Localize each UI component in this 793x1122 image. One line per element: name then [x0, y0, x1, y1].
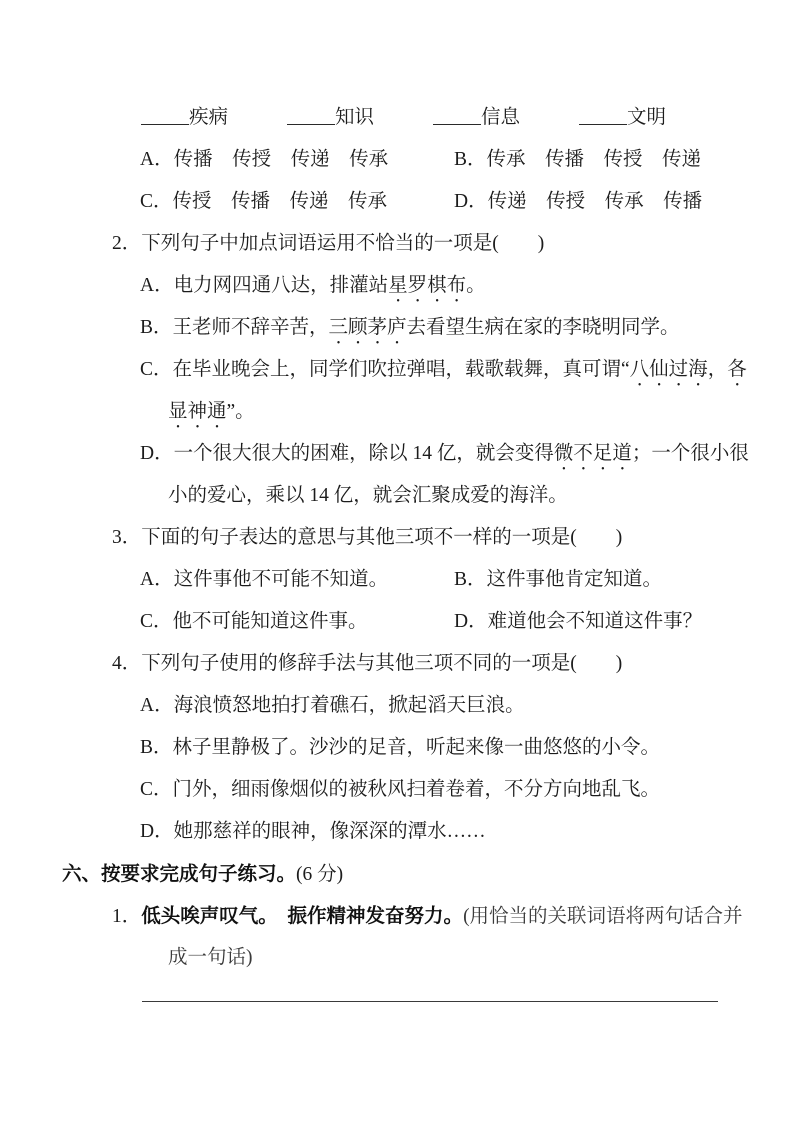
answer-blank-line — [142, 989, 718, 1002]
q1-options-row-ab: A．传播 传授 传递 传承B．传承 传播 传授 传递 — [140, 139, 793, 181]
text-segment: 小的爱心，乘以 14 亿，就会汇聚成爱的海洋。 — [168, 485, 568, 506]
text-segment: 显神通 — [168, 401, 227, 422]
text-segment: (6 分) — [296, 864, 343, 885]
fill-blank-pair: 文明 — [579, 97, 666, 139]
section6-q1-line1: 1．低头唉声叹气。 振作精神发奋努力。(用恰当的关联词语将两句话合并 — [112, 895, 793, 937]
fill-blank-pair: 疾病 — [141, 97, 228, 139]
text-segment: 六、按要求完成句子练习。 — [62, 863, 296, 885]
q3-options-row-cd: C．他不可能知道这件事。D．难道他会不知道这件事？ — [140, 601, 793, 643]
q4-option-a: A．海浪愤怒地拍打着礁石，掀起滔天巨浪。 — [140, 685, 793, 727]
blank-word: 疾病 — [189, 107, 228, 128]
text-segment: 八仙过海 — [630, 359, 708, 380]
text-segment: D．一个很大很大的困难，除以 14 亿，就会变得 — [140, 443, 554, 464]
text-segment: 成一句话) — [168, 947, 253, 968]
q1-option-d: D．传递 传授 传承 传播 — [454, 191, 702, 212]
q3-option-b: B．这件事他肯定知道。 — [454, 569, 662, 590]
blank-word: 信息 — [481, 107, 520, 128]
text-segment: A．电力网四通八达，排灌站 — [140, 275, 388, 296]
text-segment: ， — [708, 359, 728, 380]
q1-option-b: B．传承 传播 传授 传递 — [454, 149, 701, 170]
fill-blank-pair: 信息 — [433, 97, 520, 139]
blank-underline — [287, 104, 335, 125]
text-segment: 振作精神发奋努力。 — [288, 905, 464, 927]
text-segment: ；一个很小很 — [632, 443, 749, 464]
q1-option-a: A．传播 传授 传递 传承 — [140, 139, 454, 181]
q3-option-d: D．难道他会不知道这件事？ — [454, 611, 702, 632]
text-segment: (用恰当的关联词语将两句话合并 — [463, 906, 743, 927]
text-segment: 。 — [466, 275, 486, 296]
text-segment: 低头唉声叹气。 — [141, 905, 268, 927]
blank-word: 知识 — [335, 107, 374, 128]
text-segment: 三顾茅庐 — [329, 317, 407, 338]
text-segment: 星罗棋布 — [388, 275, 466, 296]
text-segment: 各 — [727, 359, 747, 380]
q3-stem: 3．下面的句子表达的意思与其他三项不一样的一项是( ) — [112, 517, 793, 559]
q3-option-a: A．这件事他不可能不知道。 — [140, 559, 454, 601]
blank-underline — [433, 104, 481, 125]
q1-options-row-cd: C．传授 传播 传递 传承D．传递 传授 传承 传播 — [140, 181, 793, 223]
q4-stem: 4．下列句子使用的修辞手法与其他三项不同的一项是( ) — [112, 643, 793, 685]
exam-paper-page: 疾病知识信息文明 A．传播 传授 传递 传承B．传承 传播 传授 传递 C．传授… — [0, 0, 793, 1122]
text-segment: 1． — [112, 906, 141, 927]
text-segment: C．在毕业晚会上，同学们吹拉弹唱，载歌载舞，真可谓“ — [140, 359, 630, 380]
q2-option-a: A．电力网四通八达，排灌站星罗棋布。 — [140, 265, 793, 307]
q4-option-c: C．门外，细雨像烟似的被秋风扫着卷着，不分方向地乱飞。 — [140, 769, 793, 811]
fill-blank-pair: 知识 — [287, 97, 374, 139]
q2-option-d-line1: D．一个很大很大的困难，除以 14 亿，就会变得微不足道；一个很小很 — [140, 433, 793, 475]
q2-stem: 2．下列句子中加点词语运用不恰当的一项是( ) — [112, 223, 793, 265]
text-segment: 去看望生病在家的李晓明同学。 — [407, 317, 680, 338]
q2-option-c-line2: 显神通”。 — [168, 391, 793, 433]
q3-options-row-ab: A．这件事他不可能不知道。B．这件事他肯定知道。 — [140, 559, 793, 601]
q3-option-c: C．他不可能知道这件事。 — [140, 601, 454, 643]
section6-q1-line2: 成一句话) — [168, 937, 793, 979]
text-segment: ”。 — [227, 401, 255, 422]
q2-option-d-line2: 小的爱心，乘以 14 亿，就会汇聚成爱的海洋。 — [168, 475, 793, 517]
q2-option-b: B．王老师不辞辛苦，三顾茅庐去看望生病在家的李晓明同学。 — [140, 307, 793, 349]
q4-option-d: D．她那慈祥的眼神，像深深的潭水…… — [140, 811, 793, 853]
text-segment: B．王老师不辞辛苦， — [140, 317, 329, 338]
blank-word: 文明 — [627, 107, 666, 128]
q4-option-b: B．林子里静极了。沙沙的足音，听起来像一曲悠悠的小令。 — [140, 727, 793, 769]
section6-header: 六、按要求完成句子练习。(6 分) — [62, 853, 793, 895]
q2-option-c-line1: C．在毕业晚会上，同学们吹拉弹唱，载歌载舞，真可谓“八仙过海，各 — [140, 349, 793, 391]
q1-fill-blank-row: 疾病知识信息文明 — [141, 97, 793, 139]
text-segment — [268, 906, 288, 927]
text-segment: 微不足道 — [554, 443, 632, 464]
q1-option-c: C．传授 传播 传递 传承 — [140, 181, 454, 223]
blank-underline — [141, 104, 189, 125]
blank-underline — [579, 104, 627, 125]
